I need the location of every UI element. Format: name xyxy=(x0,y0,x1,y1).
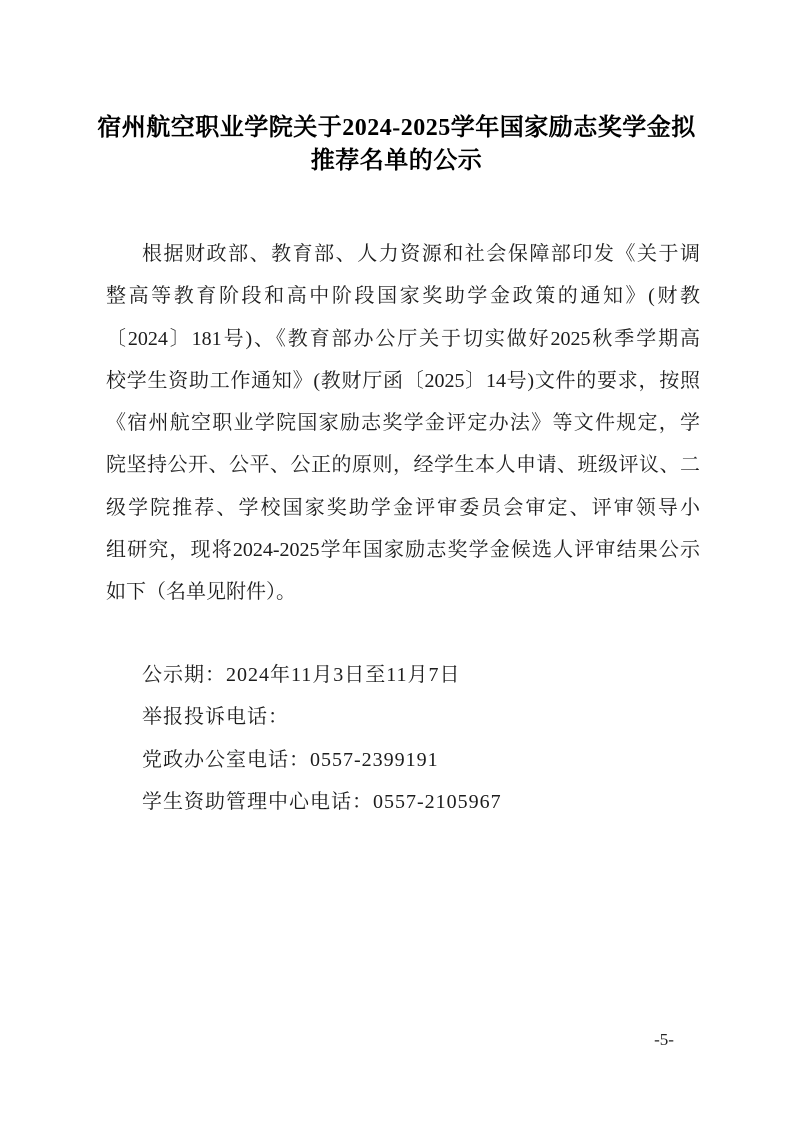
title-line-1: 宿州航空职业学院关于2024-2025学年国家励志奖学金拟 xyxy=(0,112,793,145)
document-title: 宿州航空职业学院关于2024-2025学年国家励志奖学金拟 推荐名单的公示 xyxy=(0,112,793,178)
paragraph-line-2: 整高等教育阶段和高中阶段国家奖助学金政策的通知》(财教 xyxy=(106,275,700,317)
paragraph-line-3: 〔2024〕181号)、《教育部办公厅关于切实做好2025秋季学期高 xyxy=(106,318,700,360)
paragraph-line-4: 校学生资助工作通知》(教财厅函〔2025〕14号)文件的要求，按照 xyxy=(106,360,700,402)
document-page: 宿州航空职业学院关于2024-2025学年国家励志奖学金拟 推荐名单的公示 根据… xyxy=(0,0,793,1122)
party-office-phone-line: 党政办公室电话：0557-2399191 xyxy=(142,739,702,781)
publicity-period-line: 公示期：2024年11月3日至11月7日 xyxy=(142,654,702,696)
contact-info-block: 公示期：2024年11月3日至11月7日 举报投诉电话： 党政办公室电话：055… xyxy=(142,654,702,823)
title-line-2: 推荐名单的公示 xyxy=(0,145,793,178)
paragraph-line-9: 如下（名单见附件）。 xyxy=(106,571,700,613)
paragraph-line-7: 级学院推荐、学校国家奖助学金评审委员会审定、评审领导小 xyxy=(106,487,700,529)
paragraph-line-5: 《宿州航空职业学院国家励志奖学金评定办法》等文件规定，学 xyxy=(106,402,700,444)
page-number: -5- xyxy=(636,1030,692,1050)
report-complaint-phone-line: 举报投诉电话： xyxy=(142,696,702,738)
paragraph-line-6: 院坚持公开、公平、公正的原则，经学生本人申请、班级评议、二 xyxy=(106,444,700,486)
paragraph-line-8: 组研究，现将2024-2025学年国家励志奖学金候选人评审结果公示 xyxy=(106,529,700,571)
paragraph-line-1: 根据财政部、教育部、人力资源和社会保障部印发《关于调 xyxy=(106,233,700,275)
student-aid-center-phone-line: 学生资助管理中心电话：0557-2105967 xyxy=(142,781,702,823)
document-paragraph: 根据财政部、教育部、人力资源和社会保障部印发《关于调 整高等教育阶段和高中阶段国… xyxy=(106,233,700,614)
